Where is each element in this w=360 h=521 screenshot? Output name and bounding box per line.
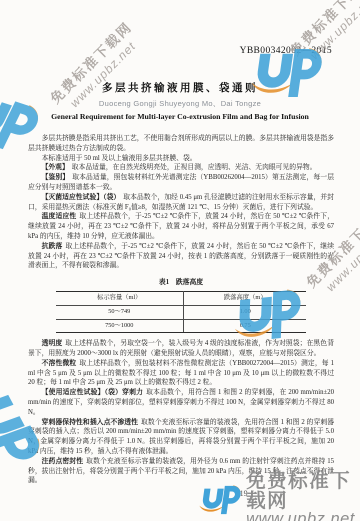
paragraph: 【使用适应性试验】（袋）穿刺力取本品数个，用符合图 1 和图 2 的穿刺器，在 …	[28, 388, 334, 417]
table-cell: 0.75	[183, 319, 306, 333]
watermark-site-url: www.upbz.net	[246, 511, 360, 521]
paragraph-lead: 不溶性微粒	[42, 360, 77, 367]
paragraph: 温度适应性取上述样品数个，于-25 ℃±2 ℃条件下，放置 24 小时，然后在 …	[28, 212, 334, 241]
paragraph: 不溶性微粒取上述样品数个，照包装材料不溶性微粒测定法（YBB00272004—2…	[28, 359, 334, 388]
paragraph: 【外观】取本品适量，在自然光线明亮处，正视目测，应透明、光洁、无肉眼可见的异物。	[28, 163, 334, 173]
watermark-site-url: www.upbz.net	[285, 0, 360, 85]
watermark-diagonal-top-right: 免费标准下载网 www.upbz.net	[272, 0, 360, 85]
table-cell: 1.00	[183, 305, 306, 319]
paragraph-lead: 抗跌落	[42, 243, 63, 250]
table-header-cell: 跌落高度（m）	[183, 291, 306, 305]
paragraph: 透明度取上述样品数个，另取空袋一个，装入级号为 4 级的浊度标准液，作为对照袋；…	[28, 339, 334, 359]
document-title-english: General Requirement for Multi-layer Co-e…	[0, 112, 360, 121]
document-page: YBB00342002—2015 多层共挤输液用膜、袋通则 Duoceng Go…	[0, 0, 360, 521]
page-number: ·19·	[237, 489, 250, 498]
paragraph: 【鉴别】取本品适量，照包装材料红外光谱测定法（YBB00262004—2015）…	[28, 173, 334, 193]
watermark-site-name: 免费标准下载网	[272, 0, 360, 74]
paragraph-lead: 【外观】	[42, 164, 69, 171]
body-column: 多层共挤膜是指采用共挤出工艺，不使用黏合剂所形成的两层以上的膜。多层共挤输液用袋…	[28, 134, 334, 486]
table-body: 50～7491.00750～10000.75	[56, 305, 307, 333]
title-block: 多层共挤输液用膜、袋通则 Duoceng Gongji Shuyeyong Mo…	[0, 80, 360, 121]
paragraph: 【灭菌适应性试验】（袋）取本品数个，加经 0.45 μm 孔径滤膜过滤的注射用水…	[28, 193, 334, 213]
drop-height-table: 标示容量（ml）跌落高度（m） 50～7491.00750～10000.75	[56, 291, 307, 333]
body-before-table: 多层共挤膜是指采用共挤出工艺，不使用黏合剂所形成的两层以上的膜。多层共挤输液用袋…	[28, 134, 334, 271]
table-caption: 表1 跌落高度	[28, 278, 334, 288]
paragraph-lead: 【鉴别】	[42, 174, 70, 181]
standard-number: YBB00342002—2015	[240, 46, 332, 56]
paragraph-lead: 温度适应性	[42, 213, 77, 220]
paragraph: 抗跌落取上述样品数个，于-25 ℃±2 ℃条件下，放置 24 小时，然后在 50…	[28, 242, 334, 271]
table-header-row: 标示容量（ml）跌落高度（m）	[56, 291, 307, 305]
table-header-cell: 标示容量（ml）	[56, 291, 184, 305]
paragraph: 注药点密封性取数个充液至标示容量的装液袋，用外径为 0.6 mm 的注射针穿刺注…	[28, 457, 334, 486]
body-after-table: 透明度取上述样品数个，另取空袋一个，装入级号为 4 级的浊度标准液，作为对照袋；…	[28, 339, 334, 486]
paragraph-lead: 透明度	[42, 340, 63, 347]
paragraph: 本标准适用于 50 ml 及以上输液用多层共挤膜、袋。	[28, 154, 334, 164]
paragraph: 穿刺器保持性和插入点不渗透性取数个充液至标示容量的装液袋，先用符合图 1 和图 …	[28, 418, 334, 457]
paragraph-lead: 穿刺器保持性和插入点不渗透性	[42, 419, 138, 426]
paragraph-lead: 注药点密封性	[42, 458, 84, 465]
table-cell: 750～1000	[56, 319, 184, 333]
table-cell: 50～749	[56, 305, 184, 319]
table-row: 750～10000.75	[56, 319, 307, 333]
document-title-chinese: 多层共挤输液用膜、袋通则	[0, 80, 360, 95]
paragraph-lead: 【灭菌适应性试验】（袋）	[42, 194, 121, 201]
paragraph: 多层共挤膜是指采用共挤出工艺，不使用黏合剂所形成的两层以上的膜。多层共挤输液用袋…	[28, 134, 334, 154]
paragraph-lead: 【使用适应性试验】（袋）穿刺力	[42, 389, 144, 396]
document-title-pinyin: Duoceng Gongji Shuyeyong Mo、Dai Tongze	[0, 98, 360, 109]
table-row: 50～7491.00	[56, 305, 307, 319]
